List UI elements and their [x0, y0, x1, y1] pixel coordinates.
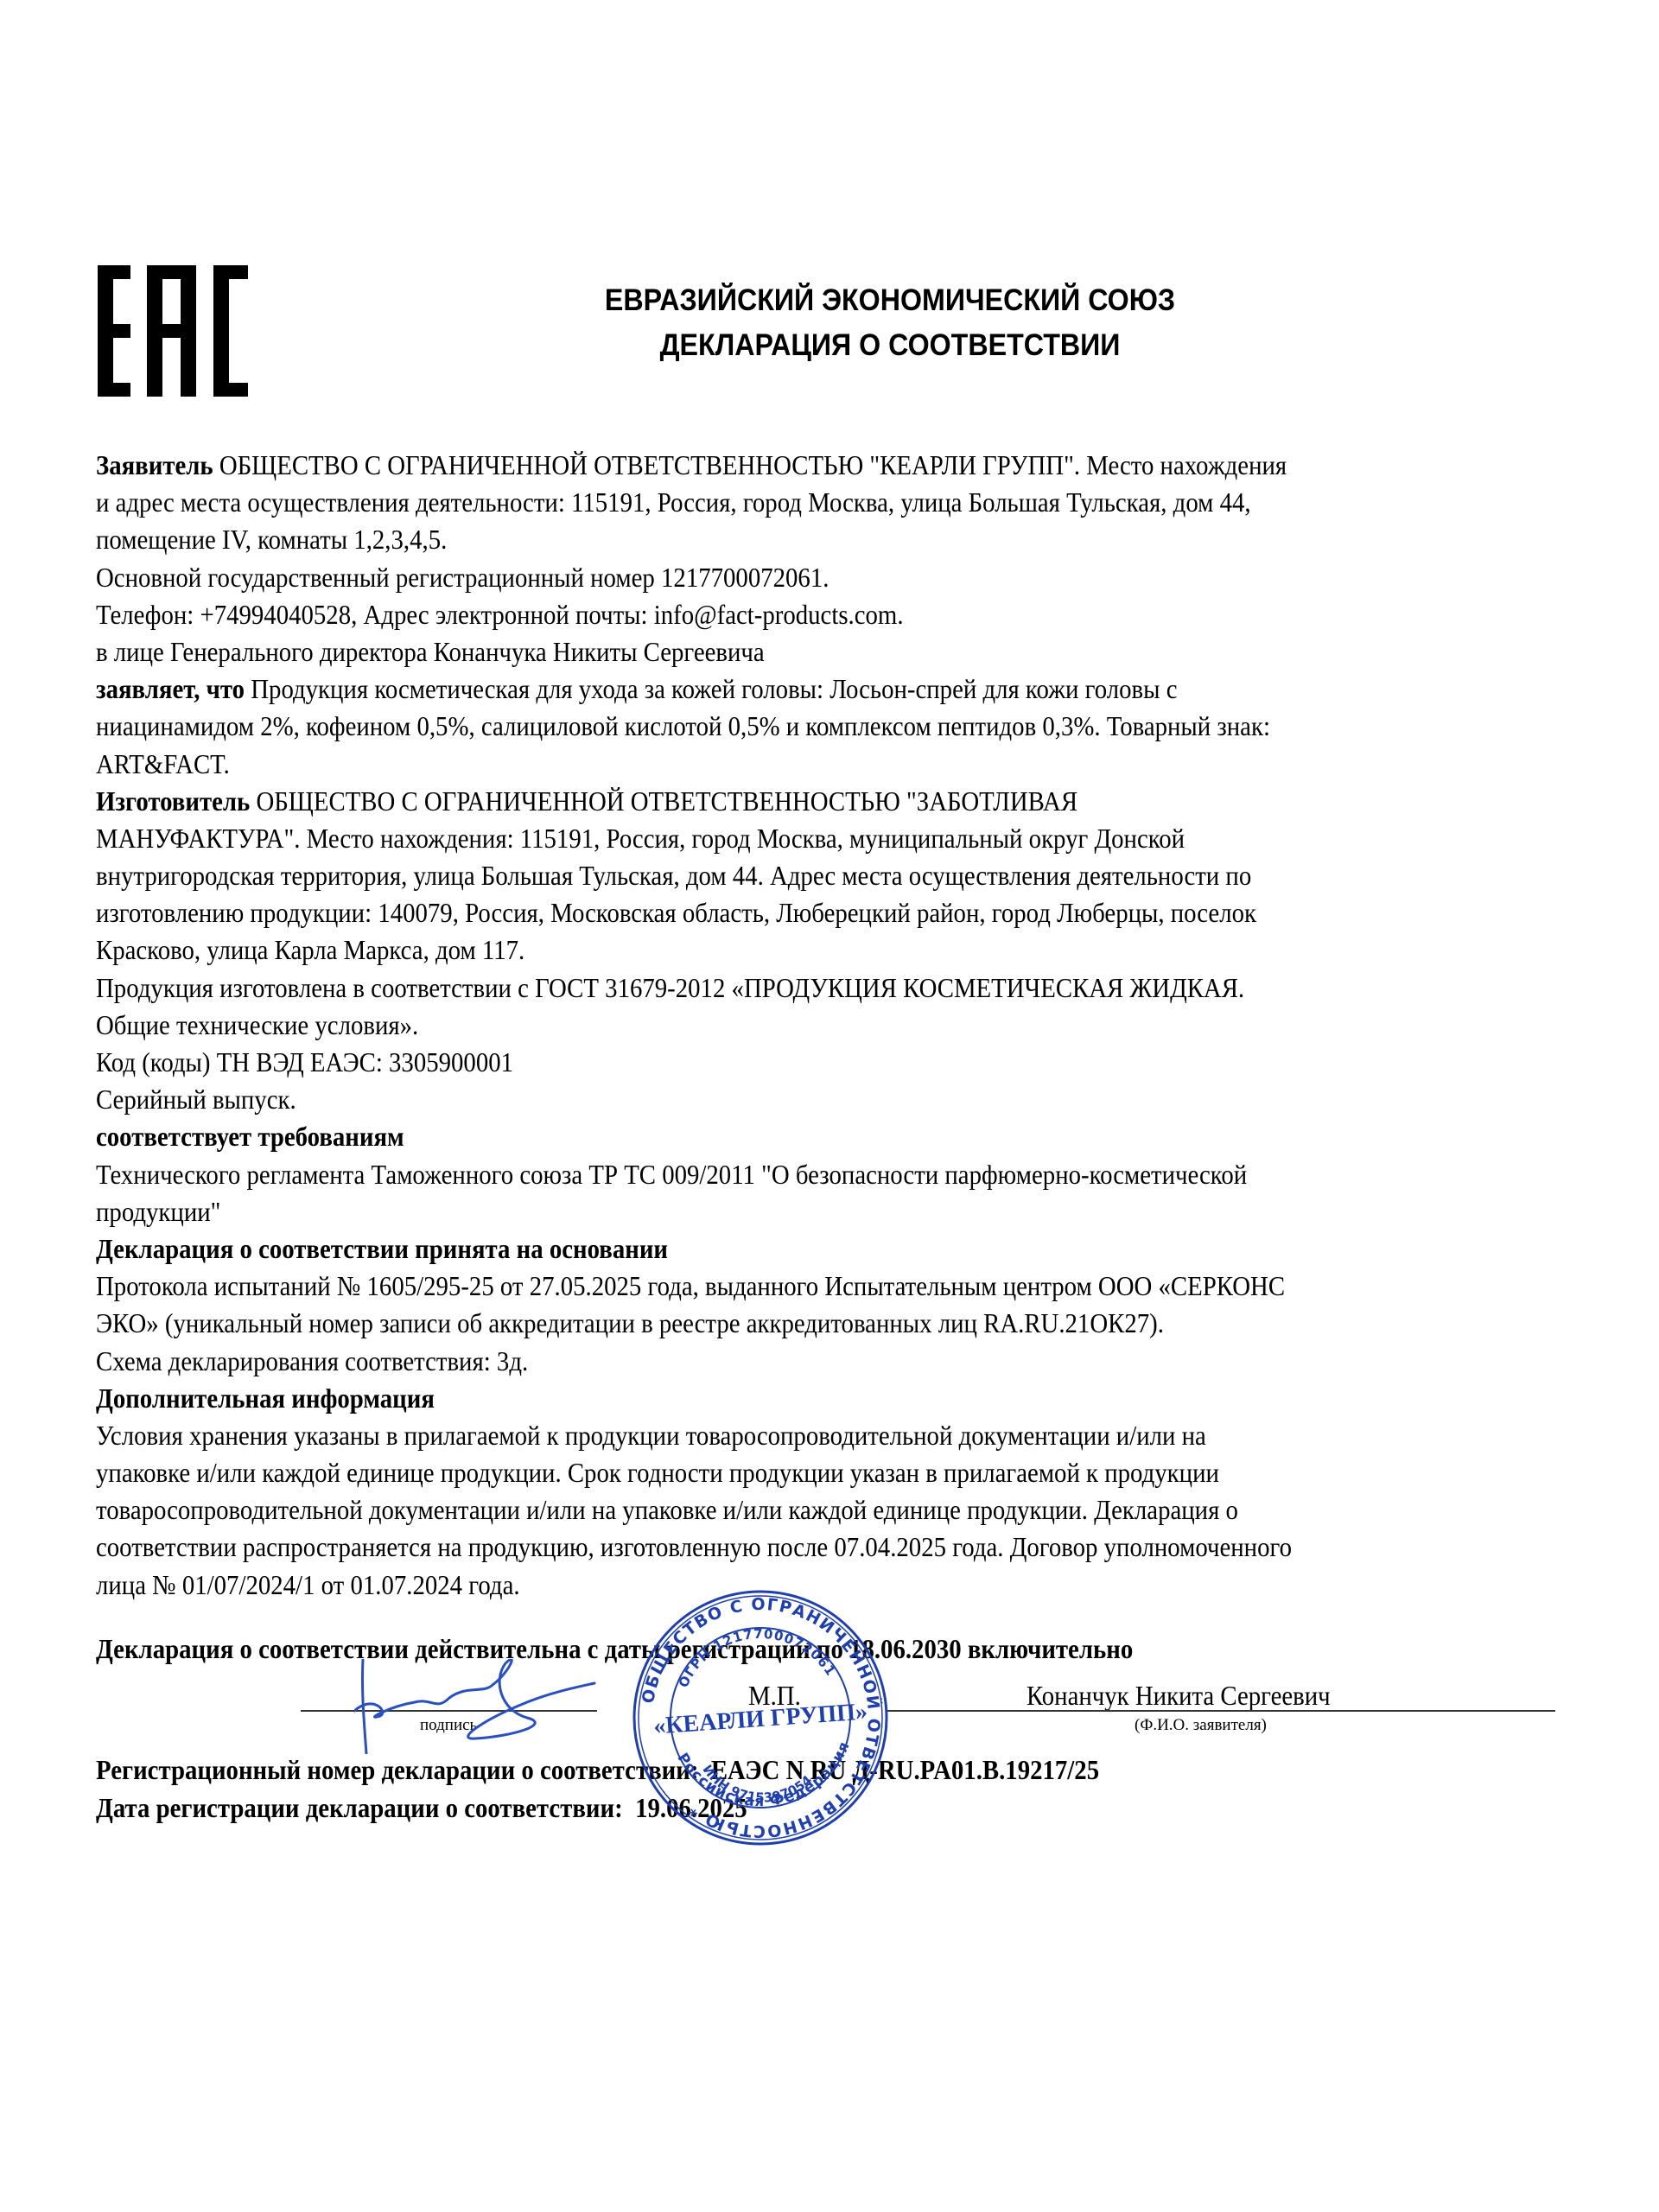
tnved-code: Код (коды) ТН ВЭД ЕАЭС: 3305900001 — [96, 1044, 1433, 1081]
additional-info: соответствии распространяется на продукц… — [96, 1529, 1433, 1566]
declares-label: заявляет, что — [96, 673, 245, 704]
manufacturer-address: изготовлению продукции: 140079, Россия, … — [96, 894, 1433, 931]
declaration-body: Заявитель ОБЩЕСТВО С ОГРАНИЧЕННОЙ ОТВЕТС… — [96, 447, 1582, 1604]
manufacturer-section: Изготовитель ОБЩЕСТВО С ОГРАНИЧЕННОЙ ОТВ… — [96, 783, 1433, 820]
basis-label: Декларация о соответствии принята на осн… — [96, 1230, 1433, 1268]
applicant-premises: помещение IV, комнаты 1,2,3,4,5. — [96, 521, 1433, 558]
name-line — [887, 1710, 1555, 1712]
manufacturer-address: МАНУФАКТУРА". Место нахождения: 115191, … — [96, 820, 1433, 857]
additional-info: товаросопроводительной документации и/ил… — [96, 1491, 1433, 1529]
validity-period: Декларация о соответствии действительна … — [96, 1633, 1133, 1665]
test-protocol: ЭКО» (уникальный номер записи об аккреди… — [96, 1305, 1433, 1342]
gost-standard: Продукция изготовлена в соответствии с Г… — [96, 969, 1433, 1007]
union-title: ЕВРАЗИЙСКИЙ ЭКОНОМИЧЕСКИЙ СОЮЗ — [500, 278, 1280, 323]
applicant-name: Конанчук Никита Сергеевич — [1027, 1680, 1331, 1712]
eac-logo-icon — [98, 265, 250, 397]
product-description: ниацинамидом 2%, кофеином 0,5%, салицило… — [96, 708, 1433, 745]
production-type: Серийный выпуск. — [96, 1081, 1433, 1118]
applicant-address: и адрес места осуществления деятельности… — [96, 484, 1433, 521]
applicant-label: Заявитель — [96, 449, 213, 480]
additional-info: лица № 01/07/2024/1 от 01.07.2024 года. — [96, 1567, 1433, 1604]
test-protocol: Протокола испытаний № 1605/295-25 от 27.… — [96, 1268, 1433, 1305]
applicant-name-caption: (Ф.И.О. заявителя) — [1135, 1716, 1267, 1735]
additional-info: Условия хранения указаны в прилагаемой к… — [96, 1417, 1433, 1454]
seal-caption: М.П. — [748, 1680, 801, 1712]
registration-number-value: ЕАЭС N RU Д-RU.PA01.B.19217/25 — [711, 1754, 1099, 1785]
technical-regulation: Технического регламента Таможенного союз… — [96, 1156, 1433, 1193]
declaration-page: ЕВРАЗИЙСКИЙ ЭКОНОМИЧЕСКИЙ СОЮЗ ДЕКЛАРАЦИ… — [0, 0, 1659, 2212]
trademark: ART&FACT. — [96, 746, 1433, 783]
document-title: ДЕКЛАРАЦИЯ О СООТВЕТСТВИИ — [500, 323, 1280, 368]
applicant-ogrn: Основной государственный регистрационный… — [96, 559, 1433, 596]
additional-info: упаковке и/или каждой единице продукции.… — [96, 1454, 1433, 1491]
registration-date: Дата регистрации декларации о соответств… — [96, 1792, 747, 1824]
handwritten-signature-icon — [354, 1659, 596, 1754]
applicant-representative: в лице Генерального директора Конанчука … — [96, 633, 1433, 671]
declaration-scheme: Схема декларирования соответствия: 3д. — [96, 1343, 1433, 1380]
applicant-contacts: Телефон: +74994040528, Адрес электронной… — [96, 596, 1433, 633]
manufacturer-address: внутригородская территория, улица Больша… — [96, 857, 1433, 894]
signature-caption: подпись — [420, 1716, 477, 1735]
manufacturer-label: Изготовитель — [96, 785, 250, 817]
signature-line — [301, 1710, 597, 1712]
registration-number: Регистрационный номер декларации о соотв… — [96, 1754, 1099, 1786]
document-header: ЕВРАЗИЙСКИЙ ЭКОНОМИЧЕСКИЙ СОЮЗ ДЕКЛАРАЦИ… — [500, 278, 1280, 368]
additional-info-label: Дополнительная информация — [96, 1380, 1433, 1417]
complies-label: соответствует требованиям — [96, 1118, 1433, 1155]
gost-standard: Общие технические условия». — [96, 1007, 1433, 1044]
manufacturer-address: Красково, улица Карла Маркса, дом 117. — [96, 931, 1433, 969]
applicant-section: Заявитель ОБЩЕСТВО С ОГРАНИЧЕННОЙ ОТВЕТС… — [96, 447, 1433, 484]
registration-date-value: 19.06.2025 — [635, 1792, 747, 1823]
declares-section: заявляет, что Продукция косметическая дл… — [96, 671, 1433, 708]
technical-regulation: продукции" — [96, 1193, 1433, 1230]
